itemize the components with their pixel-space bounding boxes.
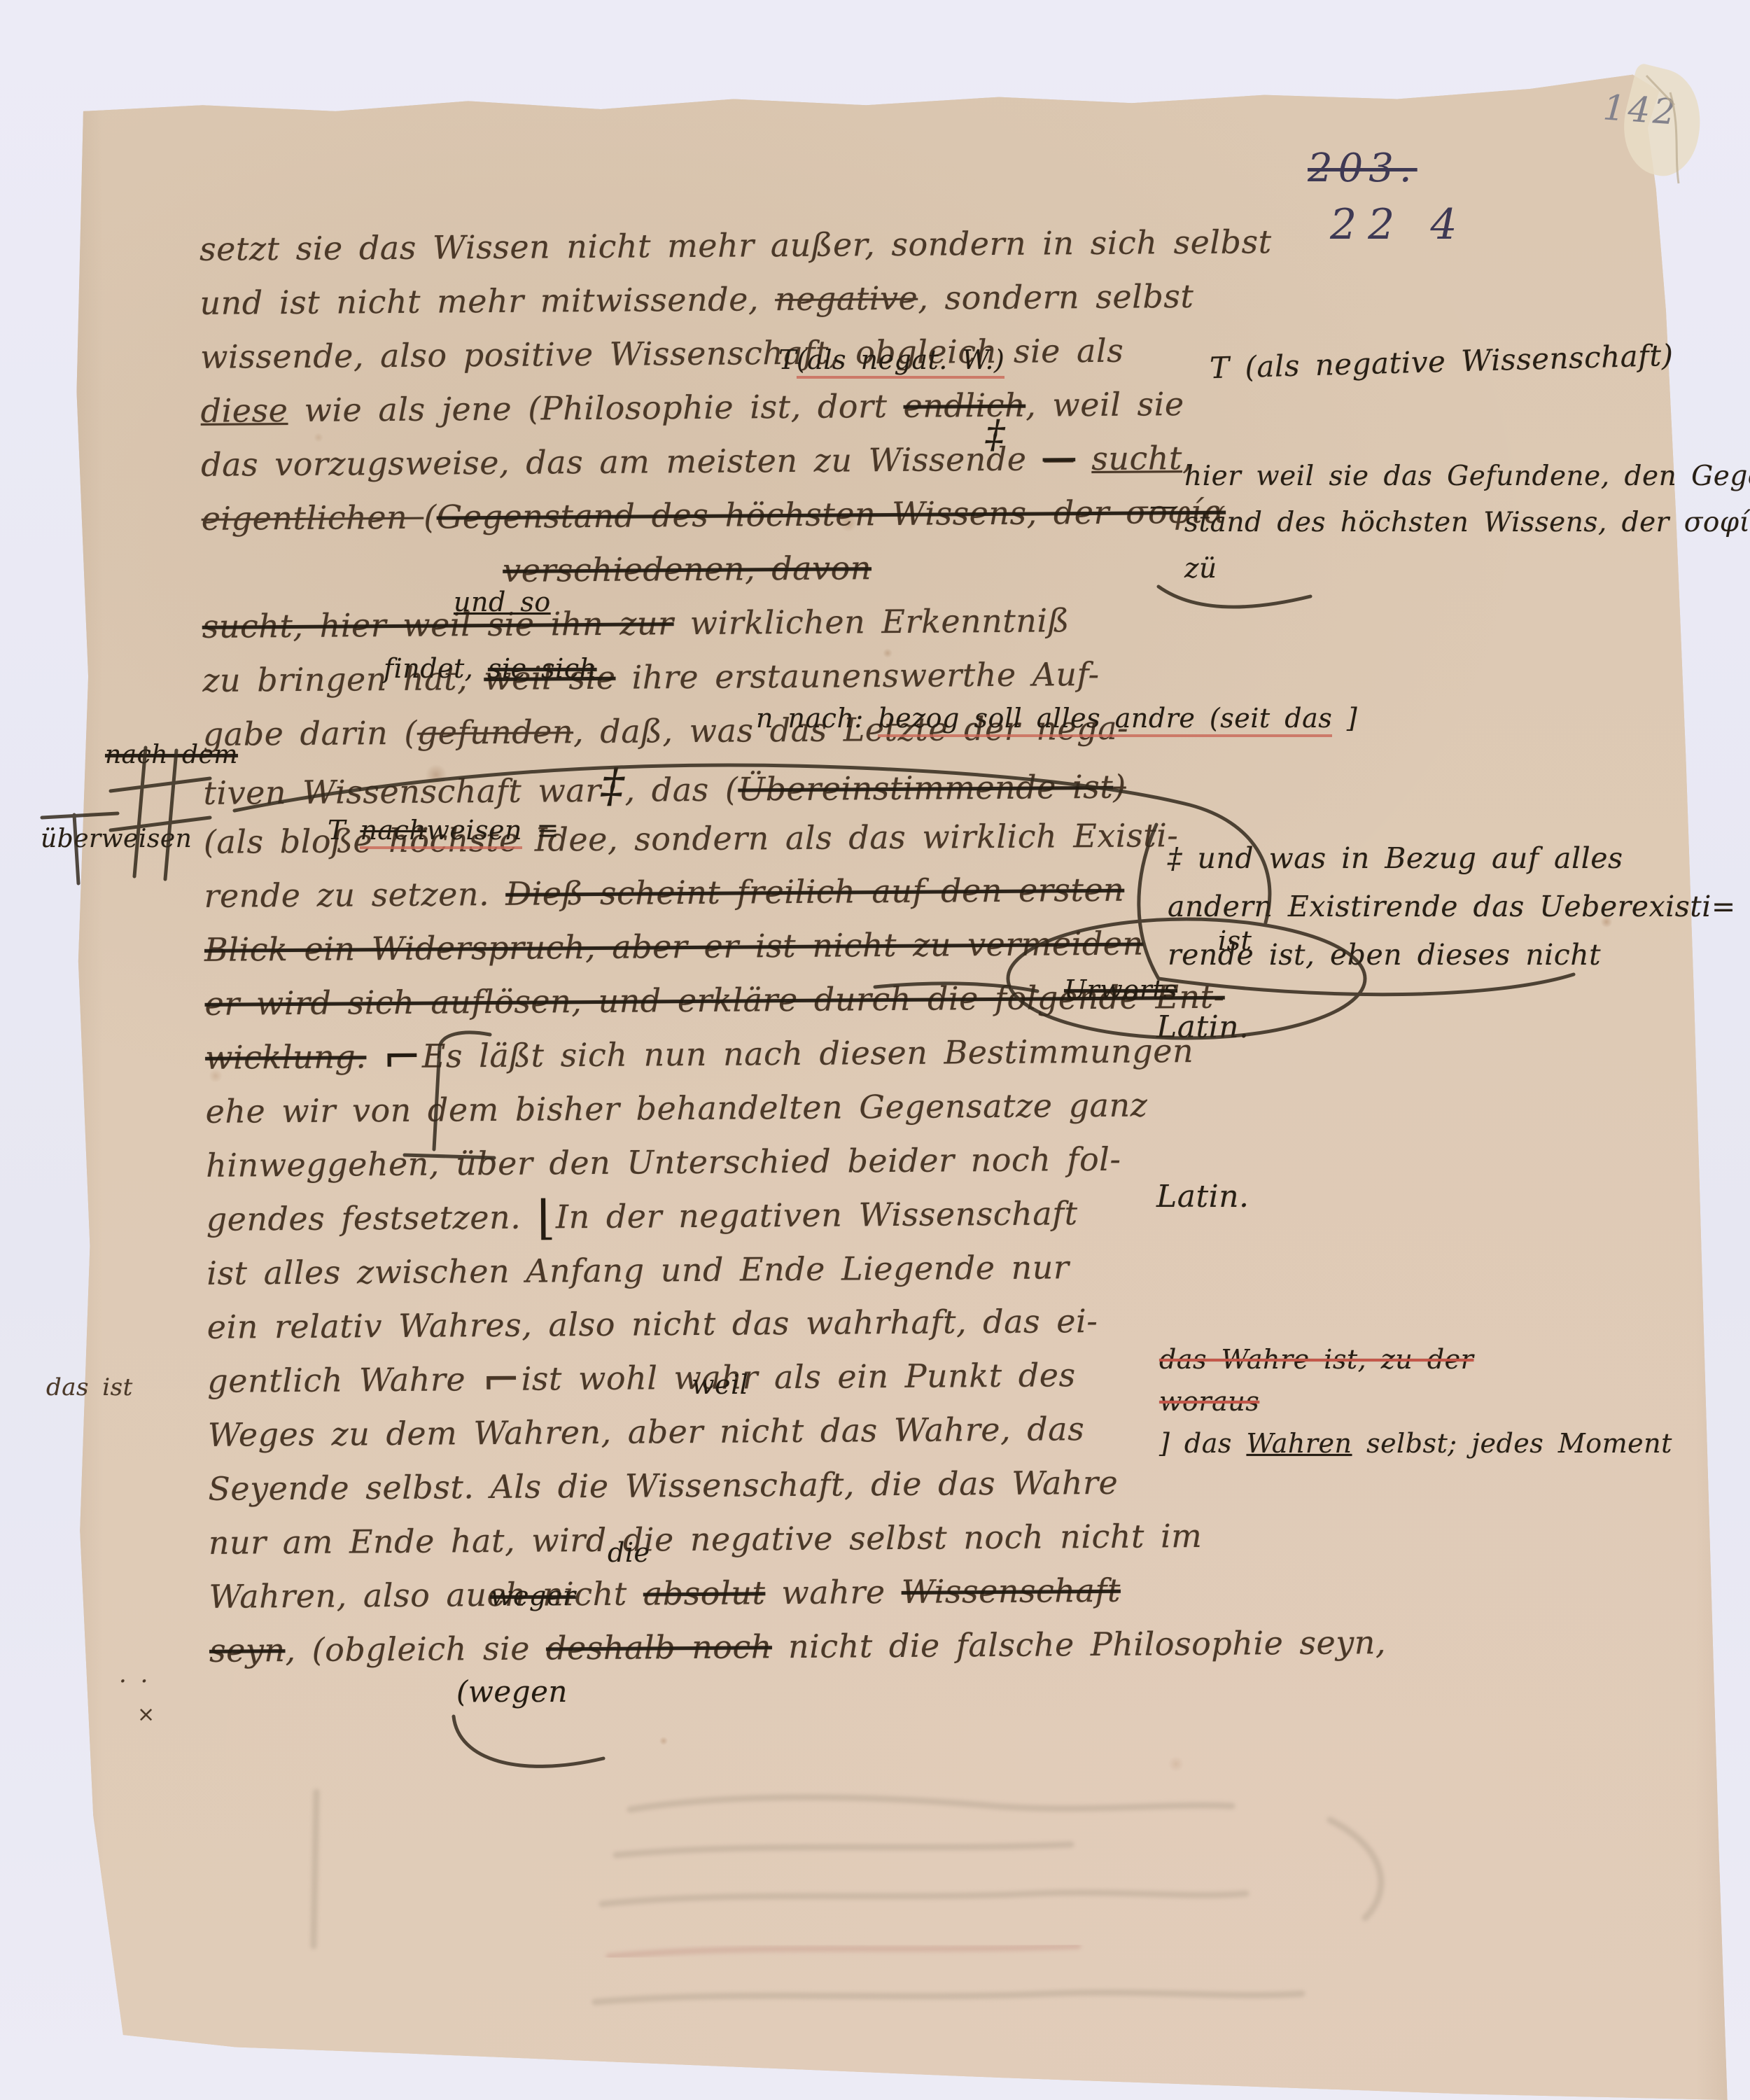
crossed-insertion: weger — [490, 1581, 576, 1611]
margin-note-line: rende ist, eben dieses nicht — [1168, 931, 1736, 979]
margin-note-wahre: das Wahre ist, zu der woraus ] das Wahre… — [1159, 1338, 1672, 1464]
manuscript-line: und ist nicht mehr mitwissende, negative… — [199, 268, 1377, 330]
folio-number-pencil: 142 — [1602, 87, 1679, 132]
margin-note-line: ‡ und was in Bezug auf alles — [1168, 834, 1736, 883]
interlinear-insertion: findet, sie sich — [384, 653, 597, 684]
manuscript-line: ist alles zwischen Anfang und Ende Liege… — [206, 1238, 1384, 1301]
margin-note-line: andern Existirende das Ueberexisti= — [1168, 883, 1736, 931]
margin-note-das-ist: das ist — [46, 1373, 133, 1401]
manuscript-line: nur am Ende hat, wird die negative selbs… — [209, 1508, 1386, 1570]
interlinear-insertion: und so — [454, 587, 551, 617]
manuscript-line: seyn, (obgleich sie deshalb noch nicht d… — [209, 1616, 1387, 1678]
margin-note-line-red-crossed: woraus — [1159, 1380, 1672, 1422]
interlinear-insertion: weil — [692, 1369, 748, 1400]
margin-note-gefundene: hier weil sie das Gefundene, den Gegen= … — [1184, 454, 1750, 592]
margin-note-latin: Latin. — [1156, 1009, 1249, 1045]
manuscript-line: diese wie als jene (Philosophie ist, dor… — [200, 376, 1378, 438]
margin-note-ueberweisen: überweisen — [41, 825, 192, 853]
margin-dash: — — [1149, 490, 1178, 522]
manuscript-line: sucht, hier weil sie ihn zur wirklichen … — [202, 591, 1380, 654]
manuscript-line: setzt sie das Wissen nicht mehr außer, s… — [199, 214, 1377, 276]
page-number-crossed-out: 203. — [1308, 146, 1417, 191]
red-underlined-insertion: T nachweisen ≡ — [328, 815, 559, 846]
interlinear-insertion: T(als negat. W.) — [778, 344, 1004, 375]
manuscript-line: zu bringen hat, weil sie ihre erstaunens… — [202, 645, 1380, 708]
margin-cross-mark: × — [137, 1702, 155, 1727]
margin-note-line: zü — [1184, 546, 1750, 592]
margin-note-line-red-crossed: das Wahre ist, zu der — [1159, 1338, 1672, 1380]
margin-dots-mark: · · — [119, 1667, 148, 1695]
margin-crossed-word: nach dem — [105, 741, 238, 769]
margin-note-ueberexistirende: ‡ und was in Bezug auf alles andern Exis… — [1168, 834, 1736, 979]
interlinear-insertion: die — [608, 1537, 650, 1568]
circled-word-crossed: Urworts — [1064, 974, 1177, 1005]
manuscript-line: tiven Wissenschaft war‡, das (Übereinsti… — [203, 753, 1380, 815]
margin-note-line: hier weil sie das Gefundene, den Gegen= — [1184, 454, 1750, 500]
manuscript-scan: 142 203. 22 4 setzt sie das Wissen nicht… — [0, 0, 1750, 2100]
margin-note-line: ] das Wahren selbst; jedes Moment — [1159, 1422, 1672, 1464]
interlinear-insertion: (wegen — [456, 1674, 568, 1709]
manuscript-line: ehe wir von dem bisher behandelten Gegen… — [205, 1077, 1382, 1139]
manuscript-line: Wahren, also auch nicht absolut wahre Wi… — [209, 1562, 1386, 1624]
margin-note-line: stand des höchsten Wissens, der σοφία, — [1184, 500, 1750, 546]
red-underlined-insertion: n nach: bezog soll alles andre (seit das… — [756, 703, 1357, 734]
dagger-insertion-mark: ‡ — [986, 412, 1005, 456]
margin-note-latin: Latin. — [1156, 1179, 1249, 1214]
